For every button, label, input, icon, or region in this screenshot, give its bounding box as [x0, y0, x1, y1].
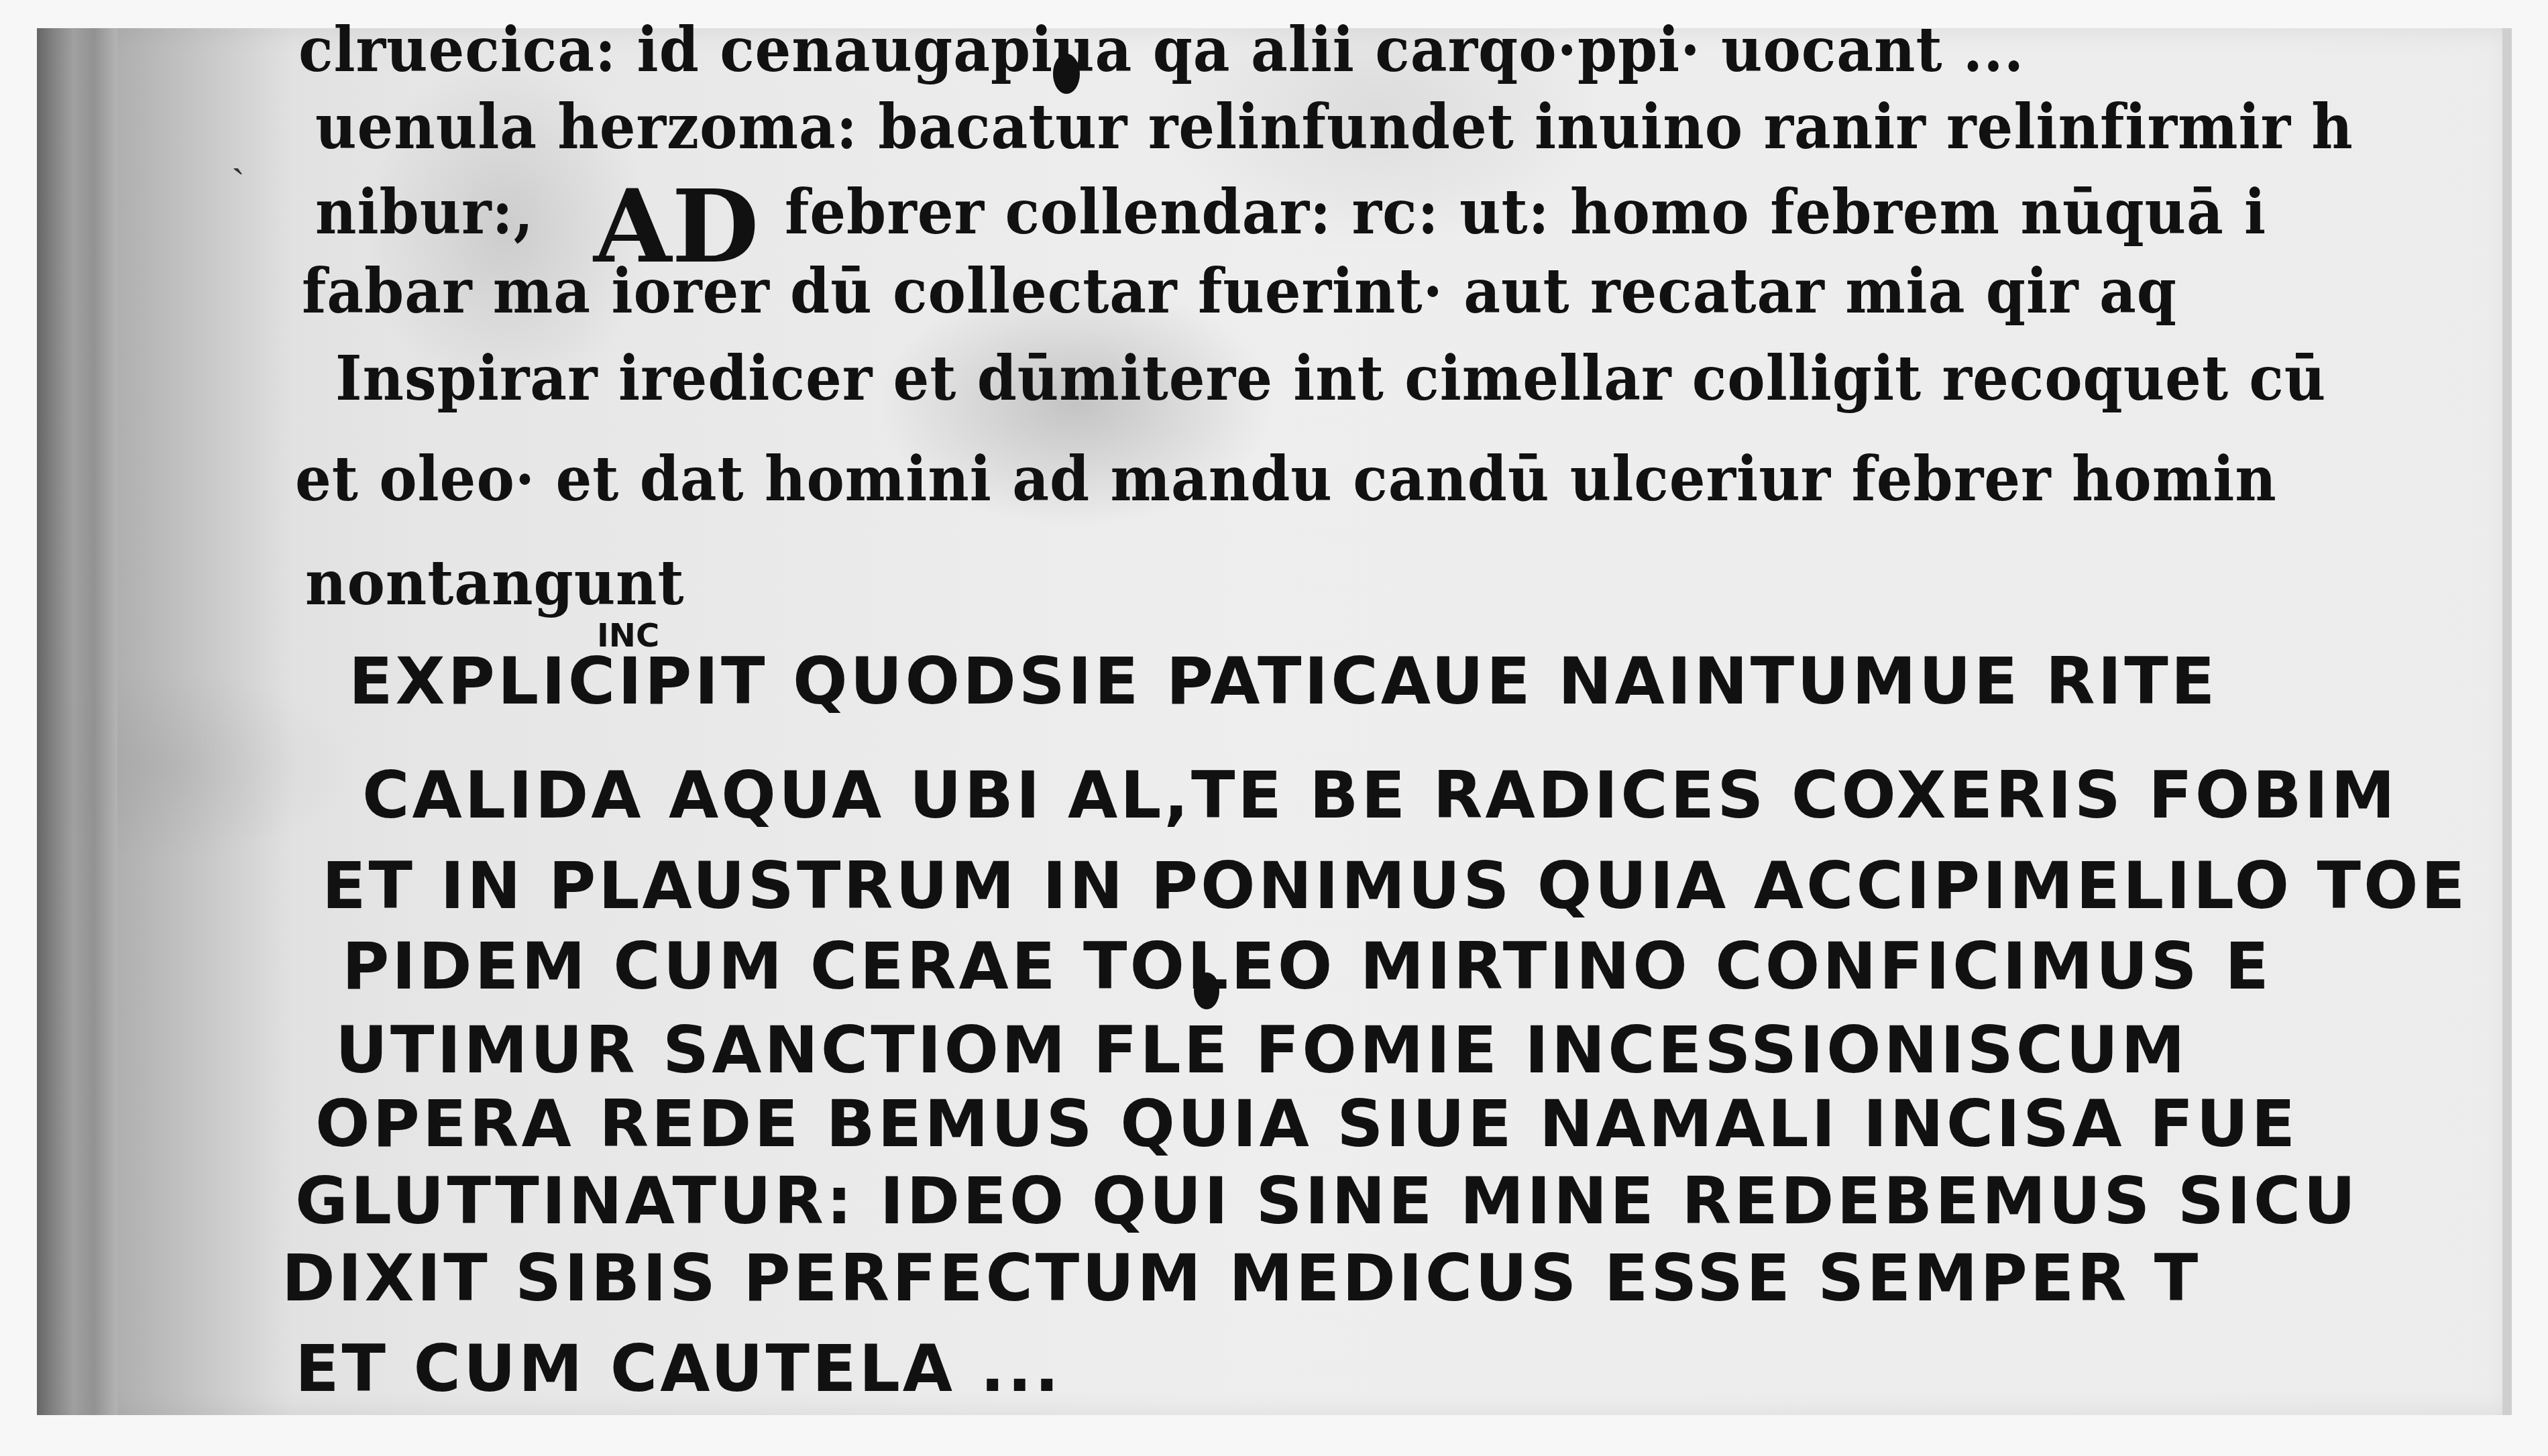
gutter-stain	[117, 28, 292, 1415]
binding-edge	[37, 28, 117, 1415]
uncial-line: EXPLICIPIT QUODSIE PATICAUE NAINTUMUE RI…	[349, 644, 2217, 719]
uncial-line: DIXIT SIBIS PERFECTUM MEDICUS ESSE SEMPE…	[282, 1241, 2201, 1316]
uncial-line: CALIDA AQUA UBI AL,TE BE RADICES COXERIS…	[362, 758, 2398, 833]
uncial-line: ET CUM CAUTELA ...	[295, 1331, 1062, 1406]
text-line: et oleo· et dat homini ad mandu candū ul…	[295, 443, 2277, 515]
ink-blot	[1194, 972, 1219, 1009]
uncial-line: OPERA REDE BEMUS QUIA SIUE NAMALI INCISA…	[315, 1086, 2298, 1162]
text-line: clruecica: id cenaugapiua qa alii carqo·…	[298, 13, 2024, 86]
text-line: fabar ma iorer dū collectar fuerint· aut…	[302, 255, 2177, 327]
uncial-line: PIDEM CUM CERAE TOLEO MIRTINO CONFICIMUS…	[342, 929, 2272, 1004]
text-line: nontangunt	[305, 547, 685, 619]
text-line: febrer collendar: rc: ut: homo febrem nū…	[785, 176, 2266, 248]
margin-mark: ˏ	[231, 129, 245, 176]
uncial-line: ET IN PLAUSTRUM IN PONIMUS QUIA ACCIPIME…	[322, 848, 2468, 923]
text-line-prefix: nibur:,	[315, 176, 534, 248]
uncial-line: GLUTTINATUR: IDEO QUI SINE MINE REDEBEMU…	[295, 1164, 2358, 1239]
ink-blot	[1053, 54, 1080, 94]
text-line: Inspirar iredicer et dūmitere int cimell…	[335, 342, 2326, 414]
uncial-line: UTIMUR SANCTIOM FLE FOMIE INCESSIONISCUM	[335, 1013, 2188, 1088]
text-line: uenula herzoma: bacatur relinfundet inui…	[315, 91, 2353, 163]
page-right-edge	[2502, 28, 2512, 1415]
